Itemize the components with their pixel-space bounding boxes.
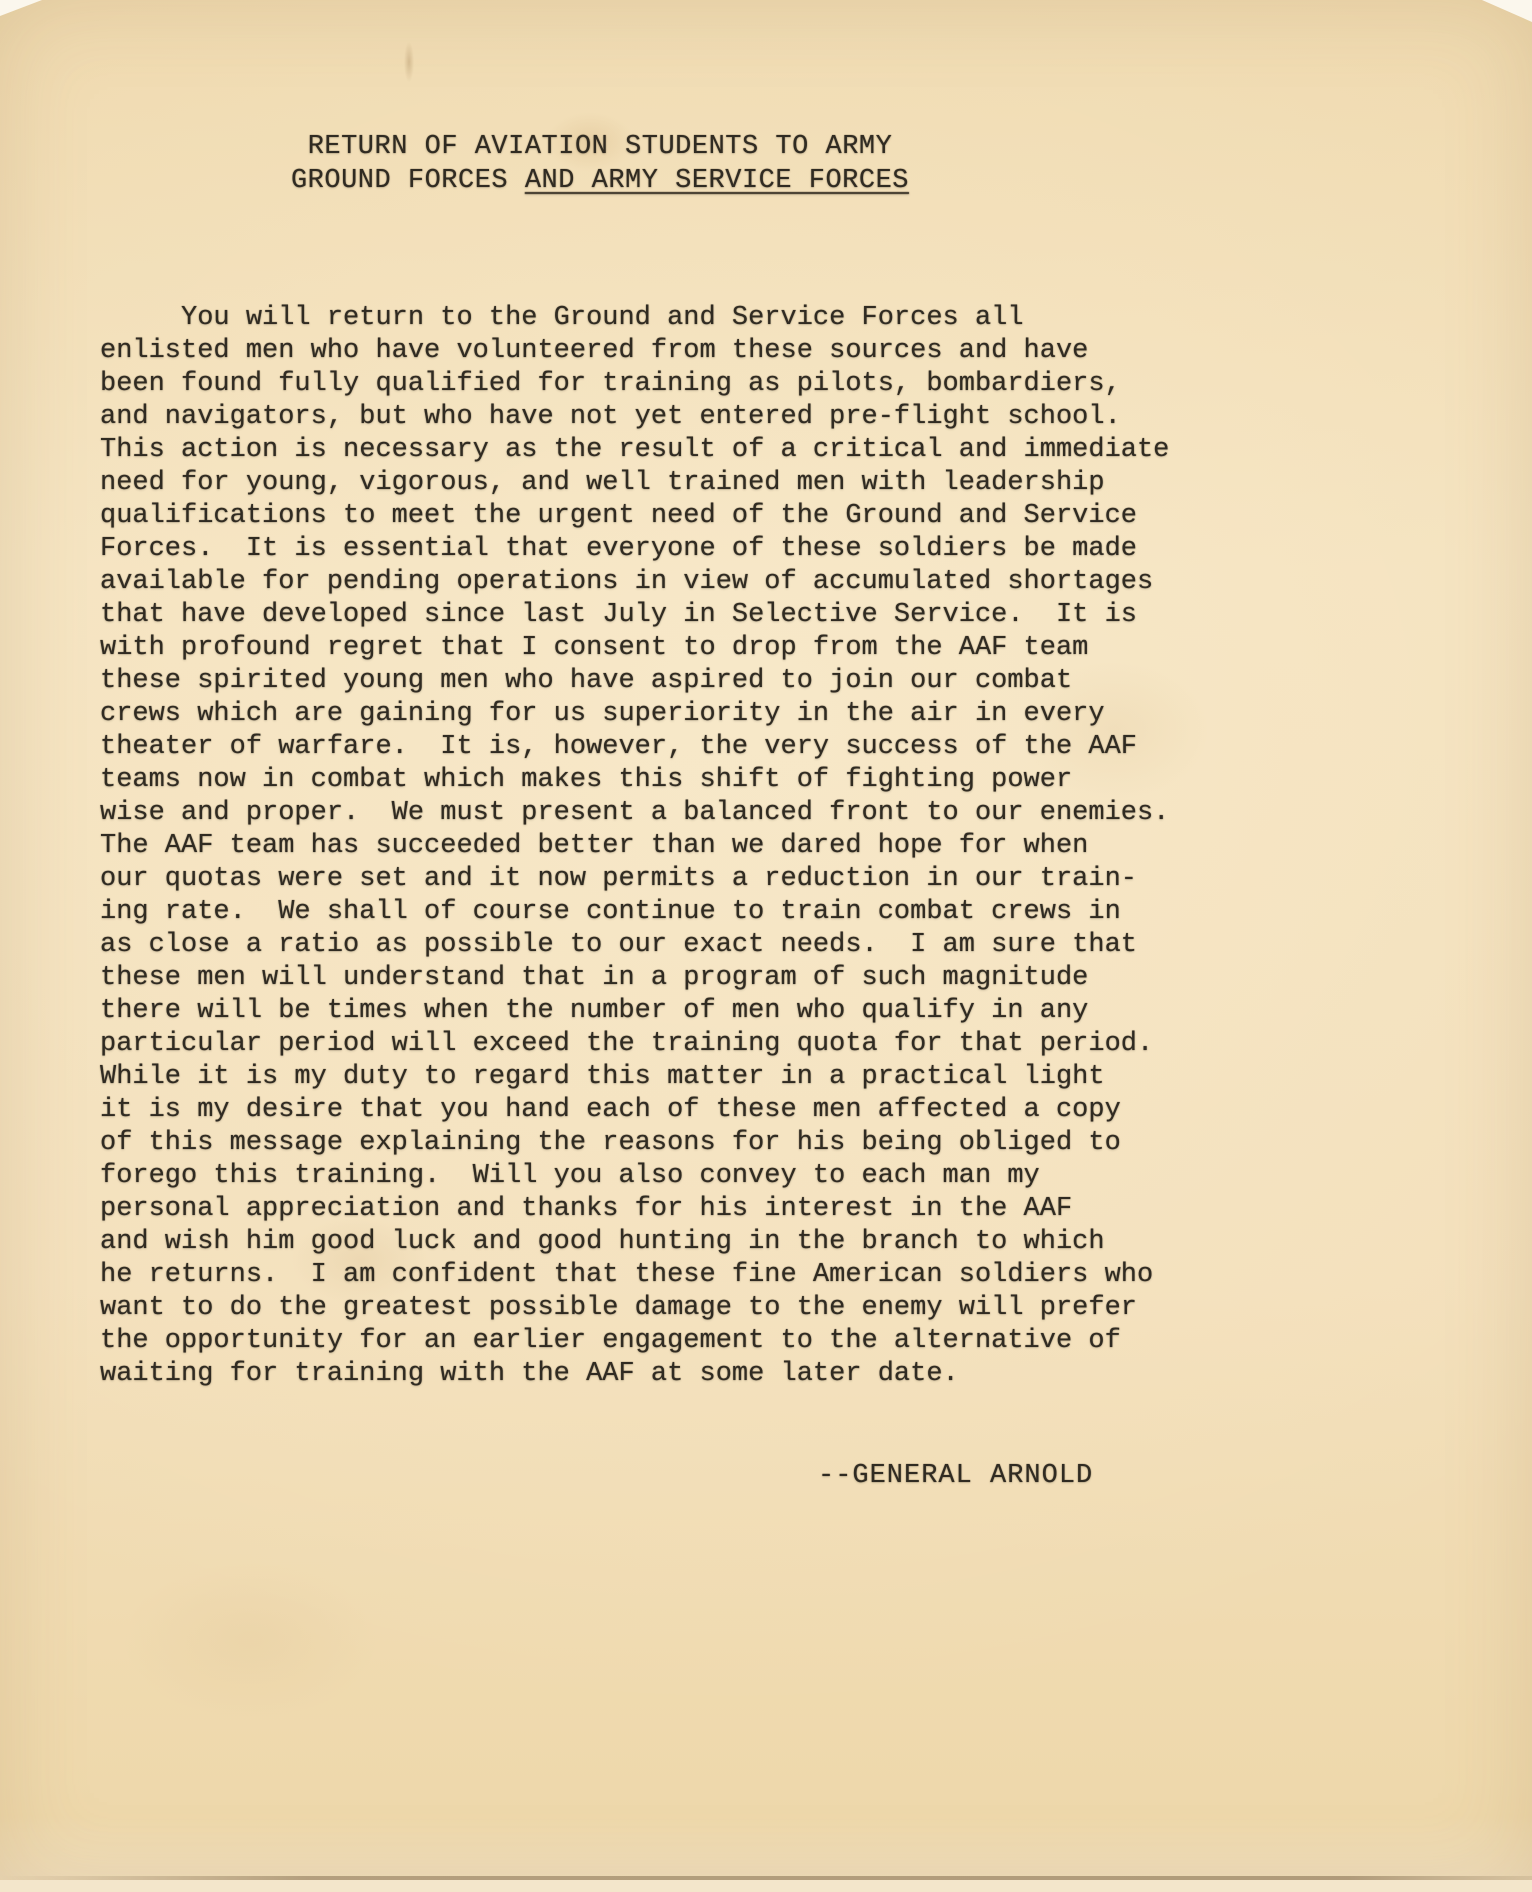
paper-stain: [120, 1560, 380, 1720]
document-page: RETURN OF AVIATION STUDENTS TO ARMY GROU…: [0, 0, 1532, 1892]
scan-corner-top-right: [1482, 0, 1532, 22]
scan-corner-top-left: [0, 0, 42, 16]
signature-line: --GENERAL ARNOLD: [818, 1459, 1210, 1493]
document-title: RETURN OF AVIATION STUDENTS TO ARMY GROU…: [100, 130, 1100, 198]
typed-content: RETURN OF AVIATION STUDENTS TO ARMY GROU…: [100, 130, 1210, 1493]
scan-bottom-edge: [0, 1876, 1532, 1880]
letter-body: You will return to the Ground and Servic…: [100, 302, 1210, 1391]
title-line-2-underlined: AND ARMY SERVICE FORCES: [525, 166, 909, 196]
scan-bottom-strip: [0, 1880, 1532, 1892]
title-line-2: GROUND FORCES AND ARMY SERVICE FORCES: [100, 164, 1100, 198]
title-line-1: RETURN OF AVIATION STUDENTS TO ARMY: [100, 130, 1100, 164]
title-line-2-prefix: GROUND FORCES: [291, 166, 525, 196]
paper-stain: [404, 42, 414, 82]
